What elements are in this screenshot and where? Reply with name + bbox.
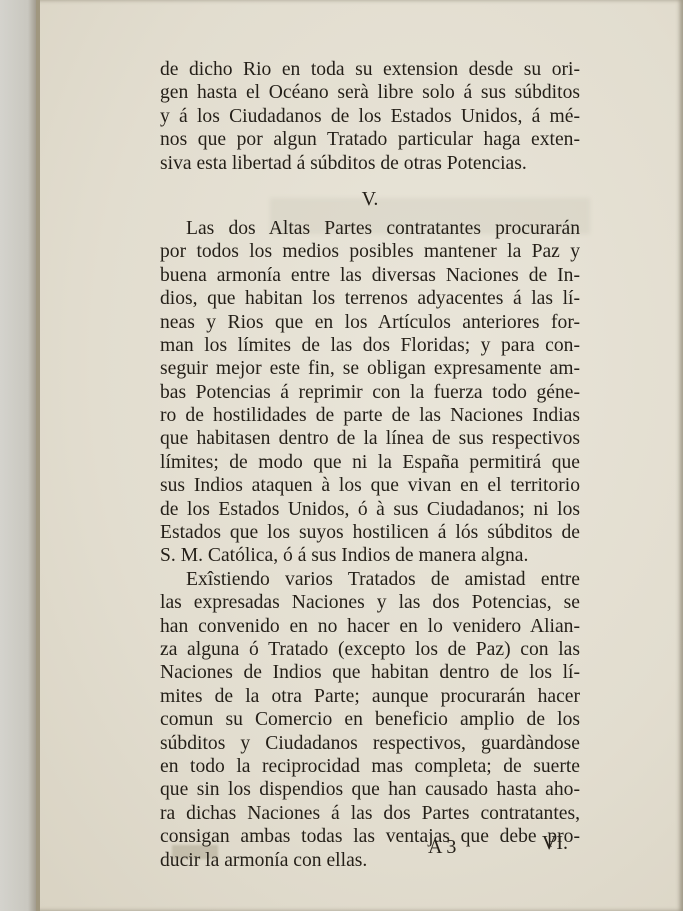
text-line: han convenido en no hacer en lo venidero… <box>160 615 580 638</box>
text-line: buena armonía entre las diversas Nacione… <box>160 264 580 287</box>
text-line: y á los Ciudadanos de los Estados Unidos… <box>160 105 580 128</box>
catchword: VI. <box>542 832 568 855</box>
text-line: por todos los medios posibles mantener l… <box>160 240 580 263</box>
text-line: za alguna ó Tratado (excepto los de Paz)… <box>160 638 580 661</box>
page-text: de dicho Rio en toda su extension desde … <box>160 58 580 872</box>
text-line: comun su Comercio en beneficio amplio de… <box>160 708 580 731</box>
text-line: ra dichas Naciones á las dos Partes cont… <box>160 802 580 825</box>
text-line: que habitasen dentro de la línea de sus … <box>160 427 580 450</box>
text-line: dios, que habitan los terrenos adyacente… <box>160 287 580 310</box>
text-line: S. M. Católica, ó á sus Indios de manera… <box>160 544 580 567</box>
intro-paragraph: de dicho Rio en toda su extension desde … <box>160 58 580 175</box>
text-line: Las dos Altas Partes contratantes procur… <box>160 217 580 240</box>
text-line: de los Estados Unidos, ó à sus Ciudadano… <box>160 498 580 521</box>
signature-mark: A 3 <box>428 836 456 859</box>
text-line: Naciones de Indios que habitan dentro de… <box>160 661 580 684</box>
page-edge <box>36 0 40 911</box>
text-line: en todo la reciprocidad mas completa; de… <box>160 755 580 778</box>
text-line: súbditos y Ciudadanos respectivos, guard… <box>160 732 580 755</box>
text-line: seguir mejor este fin, se obligan expres… <box>160 357 580 380</box>
text-line: gen hasta el Océano serà libre solo á su… <box>160 81 580 104</box>
text-line: las expresadas Naciones y las dos Potenc… <box>160 591 580 614</box>
text-line: siva esta libertad á súbditos de otras P… <box>160 152 580 175</box>
text-line: mites de la otra Parte; aunque procurará… <box>160 685 580 708</box>
background-surface <box>0 0 40 911</box>
text-line: Exîstiendo varios Tratados de amistad en… <box>160 568 580 591</box>
text-line: man los límites de las dos Floridas; y p… <box>160 334 580 357</box>
article-paragraph-1: Las dos Altas Partes contratantes procur… <box>160 217 580 568</box>
text-line: Estados que los suyos hostilicen á lós s… <box>160 521 580 544</box>
text-line: ro de hostilidades de parte de las Nacio… <box>160 404 580 427</box>
article-heading: V. <box>160 187 580 211</box>
text-line: de dicho Rio en toda su extension desde … <box>160 58 580 81</box>
text-line: límites; de modo que ni la España permit… <box>160 451 580 474</box>
text-line: sus Indios ataquen à los que vivan en el… <box>160 474 580 497</box>
page-footer: A 3 VI. <box>160 836 580 860</box>
text-line: nos que por algun Tratado particular hag… <box>160 128 580 151</box>
text-line: neas y Rios que en los Artículos anterio… <box>160 311 580 334</box>
text-line: que sin los dispendios que han causado h… <box>160 778 580 801</box>
article-paragraph-2: Exîstiendo varios Tratados de amistad en… <box>160 568 580 872</box>
text-line: bas Potencias á reprimir con la fuerza t… <box>160 381 580 404</box>
